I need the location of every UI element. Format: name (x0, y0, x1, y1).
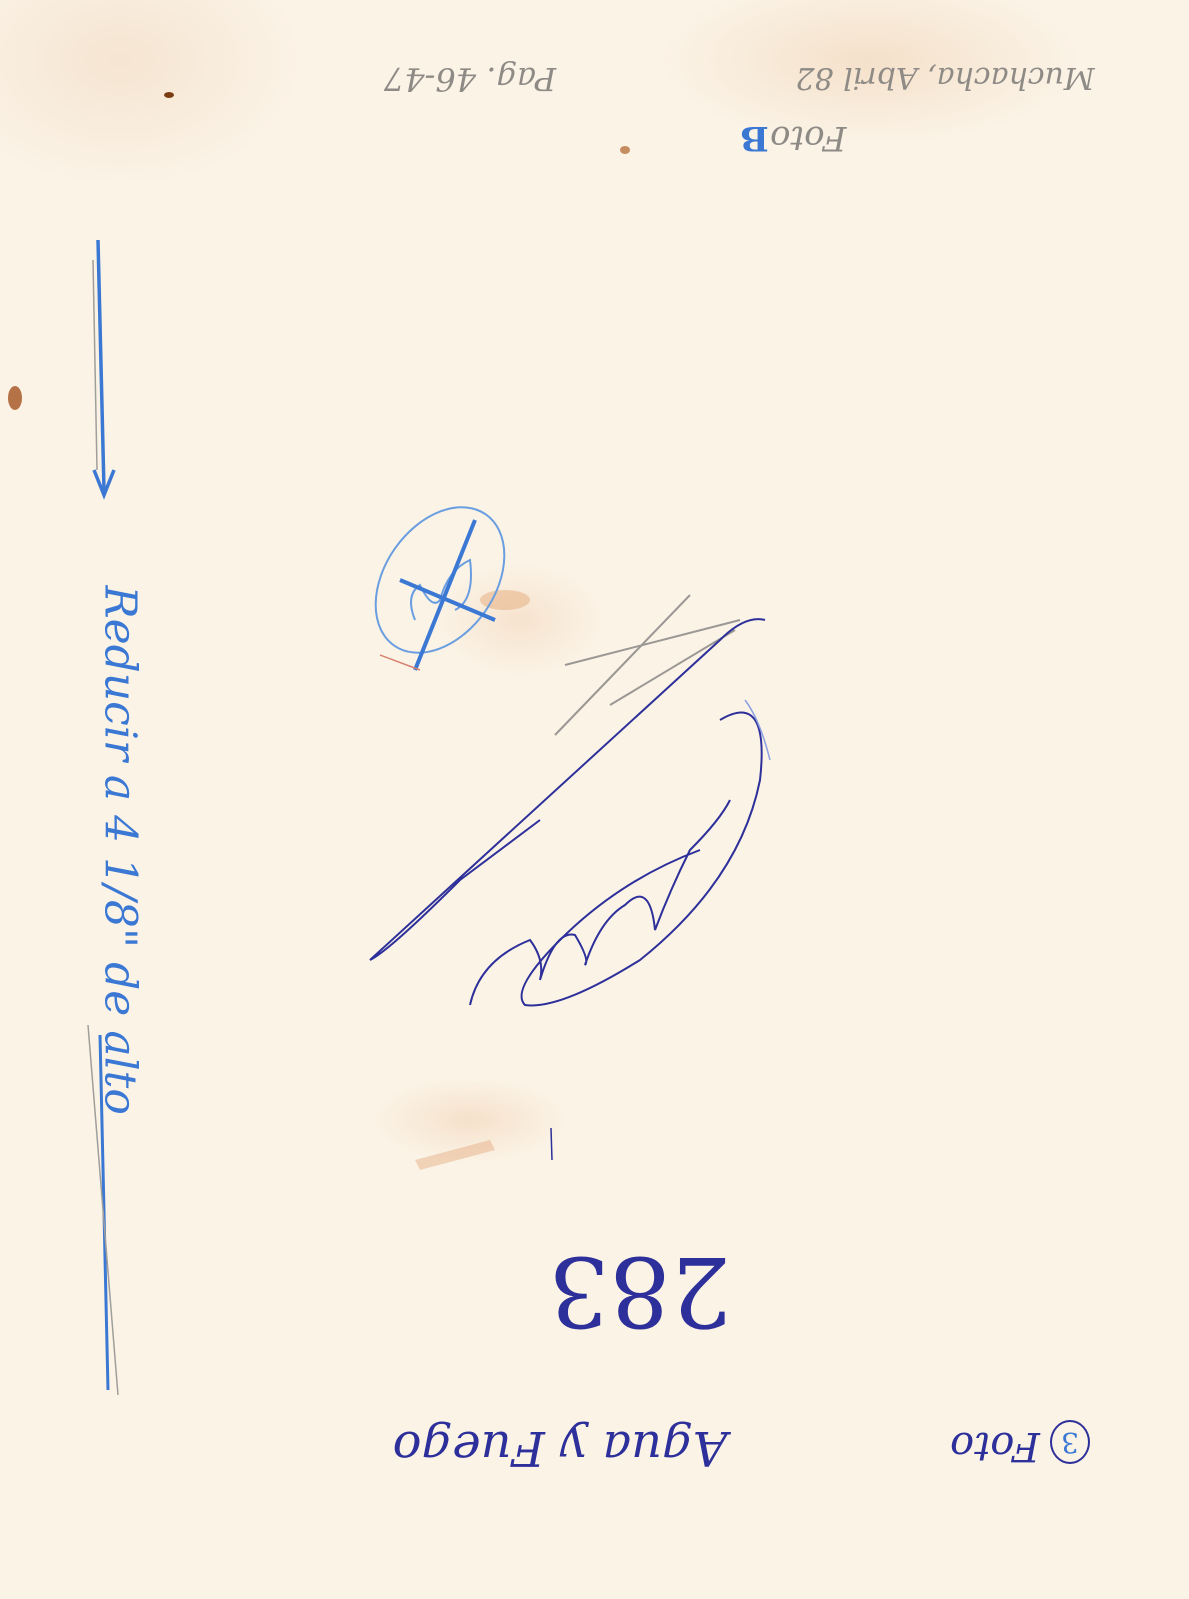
handwritten-marks (0, 0, 1189, 1599)
pencil-x-mark (555, 595, 740, 735)
photo-number-number-circled: 3 (1050, 1420, 1090, 1464)
photo-number-label: 3Foto (930, 1420, 1110, 1469)
pencil-note-foto: Foto (770, 118, 846, 158)
pencil-note-muchacha: Muchacha, Abril 82 (780, 60, 1110, 95)
reduce-size-instruction: Reducir a 4 1/8" de alto (95, 586, 146, 1106)
photo-back-page: Muchacha, Abril 82 Foto B Pag. 46-47 Red… (0, 0, 1189, 1599)
photo-caption: Agua y Fuego (320, 1420, 800, 1476)
catalog-number: 283 (470, 1235, 810, 1347)
page-reference-note: Pag. 46-47 (310, 60, 630, 98)
photo-number-foto-word: Foto (950, 1423, 1040, 1469)
signature-mark (370, 619, 770, 1005)
foto-letter-b: B (740, 118, 769, 158)
crossed-initials-mark (349, 483, 531, 677)
ink-tick (551, 1128, 552, 1160)
